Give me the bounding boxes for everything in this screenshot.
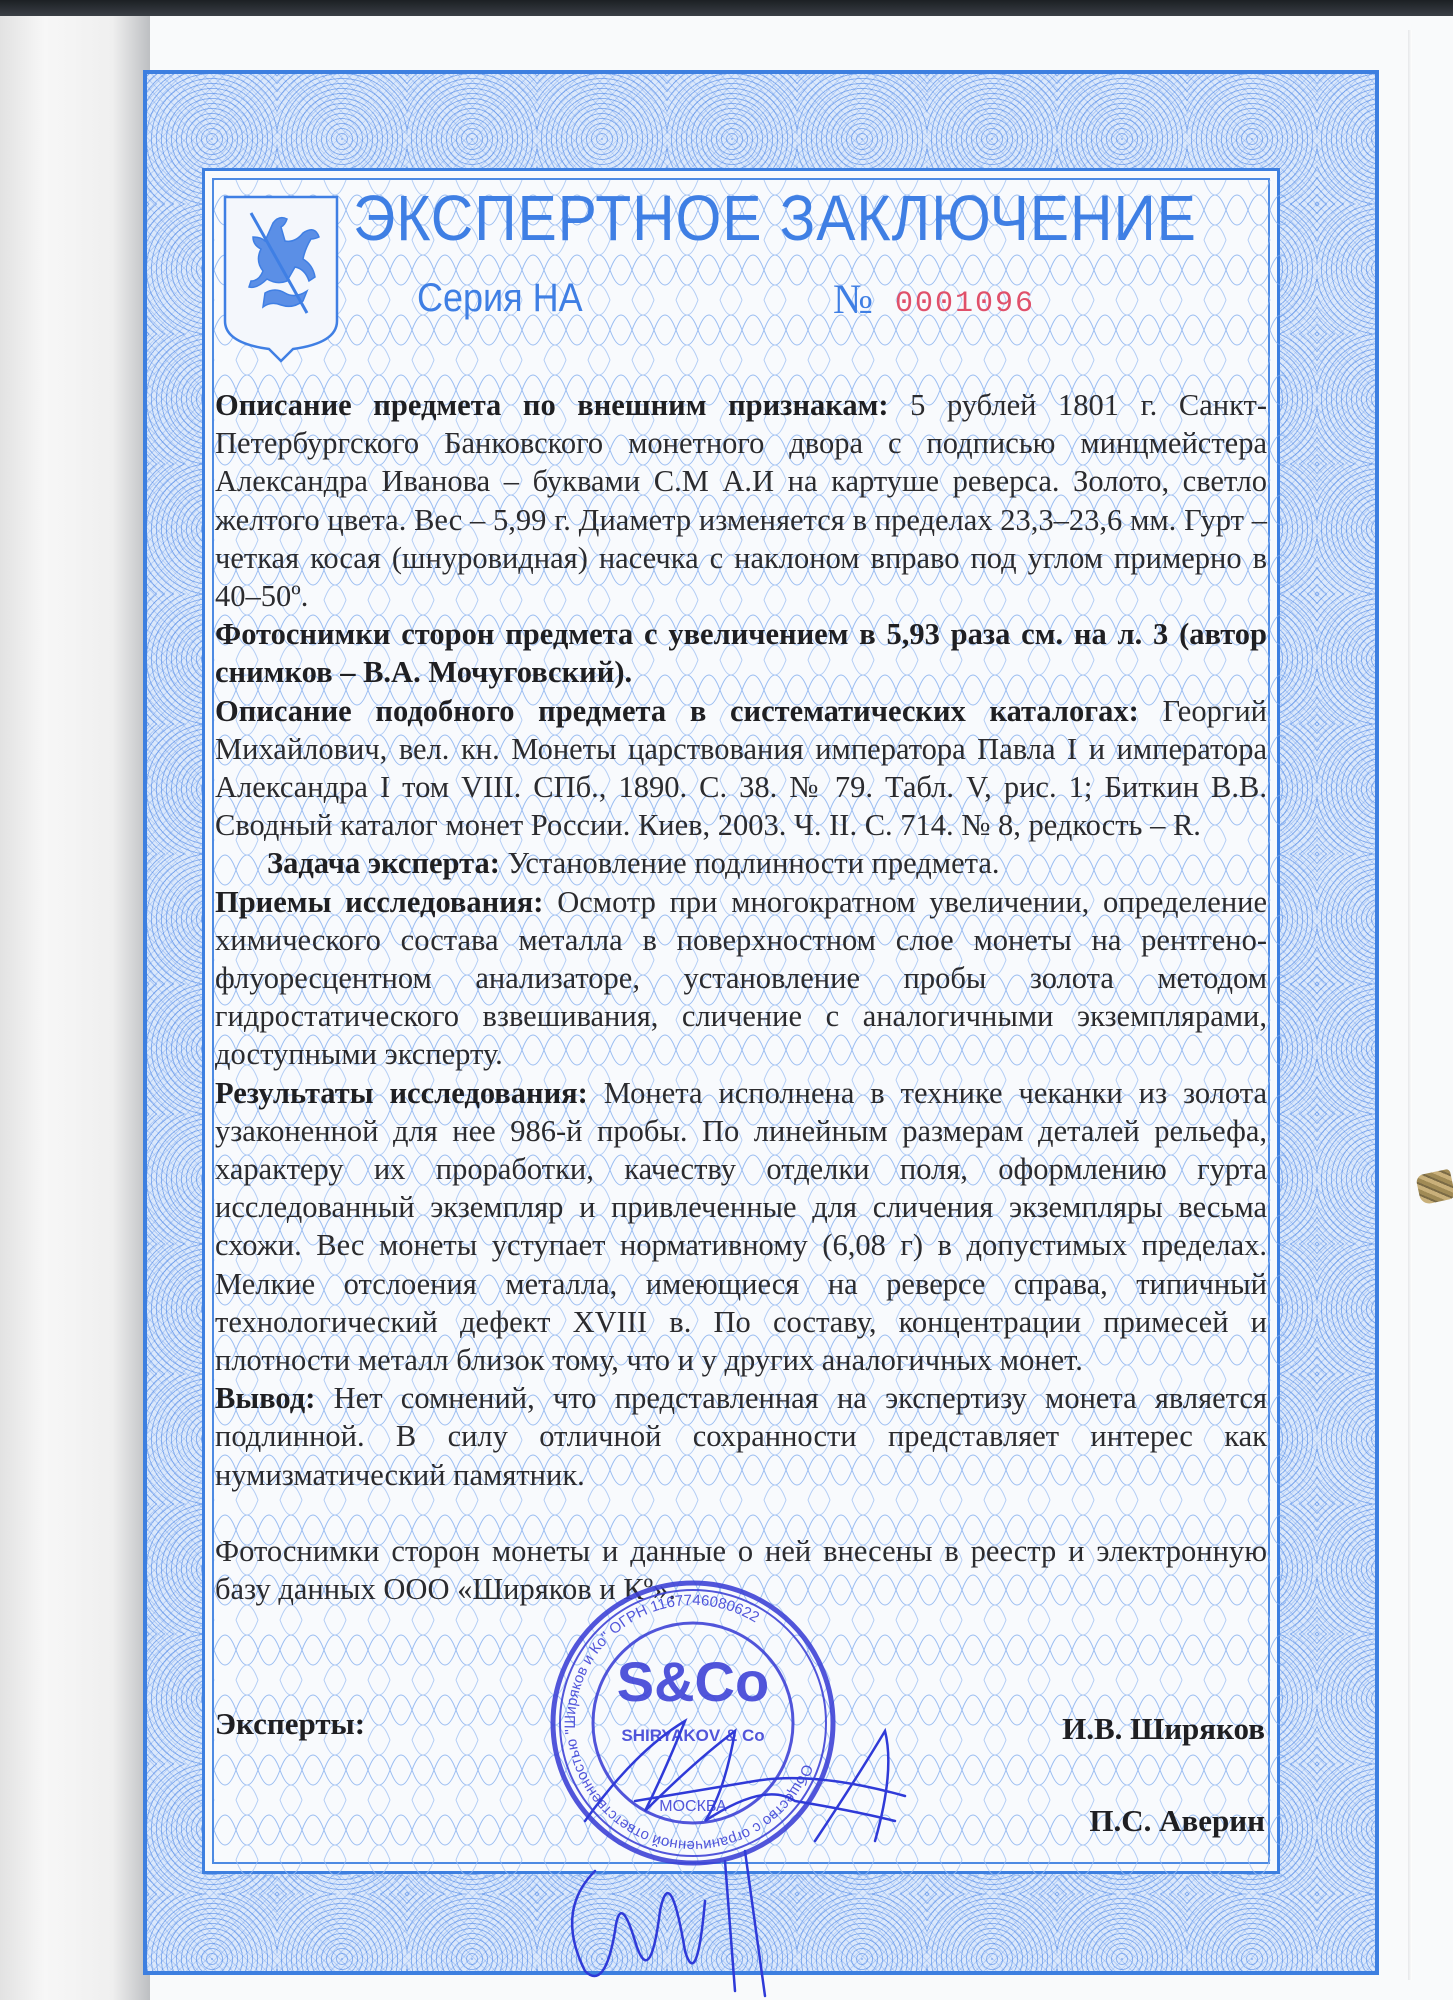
certificate-body: Описание предмета по внешним признакам: … bbox=[215, 386, 1267, 1608]
expert-name-2: П.С. Аверин bbox=[1089, 1803, 1265, 1839]
moscow-coat-of-arms-icon bbox=[221, 193, 341, 363]
scanner-edge bbox=[0, 0, 1453, 16]
number-sign: № bbox=[833, 276, 873, 324]
description-paragraph: Описание предмета по внешним признакам: … bbox=[215, 386, 1267, 615]
stamp-outer-text: Общество с ограниченной ответственностью… bbox=[543, 1573, 843, 1873]
svg-text:Общество с ограниченной ответс: Общество с ограниченной ответственностью… bbox=[543, 1573, 843, 1873]
page-edge bbox=[1408, 30, 1412, 1980]
certificate-inner-frame: ЭКСПЕРТНОЕ ЗАКЛЮЧЕНИЕ Серия НА № 0001096… bbox=[202, 168, 1280, 1874]
photos-paragraph: Фотоснимки сторон предмета с увеличением… bbox=[215, 615, 1267, 691]
stamp-center-text: SHIRYAKOV & Co bbox=[621, 1726, 764, 1745]
document-title: ЭКСПЕРТНОЕ ЗАКЛЮЧЕНИЕ bbox=[353, 181, 1197, 255]
catalogs-paragraph: Описание подобного предмета в систематич… bbox=[215, 692, 1267, 845]
left-page bbox=[0, 16, 150, 2000]
certificate-content: ЭКСПЕРТНОЕ ЗАКЛЮЧЕНИЕ Серия НА № 0001096… bbox=[205, 171, 1277, 1871]
company-stamp-icon: Общество с ограниченной ответственностью… bbox=[543, 1573, 843, 1873]
stamp-logo: S&Co bbox=[617, 1650, 769, 1713]
certificate-number: 0001096 bbox=[895, 287, 1035, 321]
task-paragraph: Задача эксперта: Установление подлинност… bbox=[215, 844, 1267, 882]
experts-label: Эксперты: bbox=[215, 1706, 365, 1742]
methods-paragraph: Приемы исследования: Осмотр при многокра… bbox=[215, 883, 1267, 1074]
results-paragraph: Результаты исследования: Монета исполнен… bbox=[215, 1074, 1267, 1380]
expert-name-1: И.В. Ширяков bbox=[1062, 1711, 1265, 1747]
series-label: Серия НА bbox=[417, 276, 583, 321]
conclusion-paragraph: Вывод: Нет сомнений, что представленная … bbox=[215, 1379, 1267, 1494]
binding-thread bbox=[1415, 1169, 1453, 1206]
stamp-city: МОСКВА bbox=[659, 1798, 727, 1815]
